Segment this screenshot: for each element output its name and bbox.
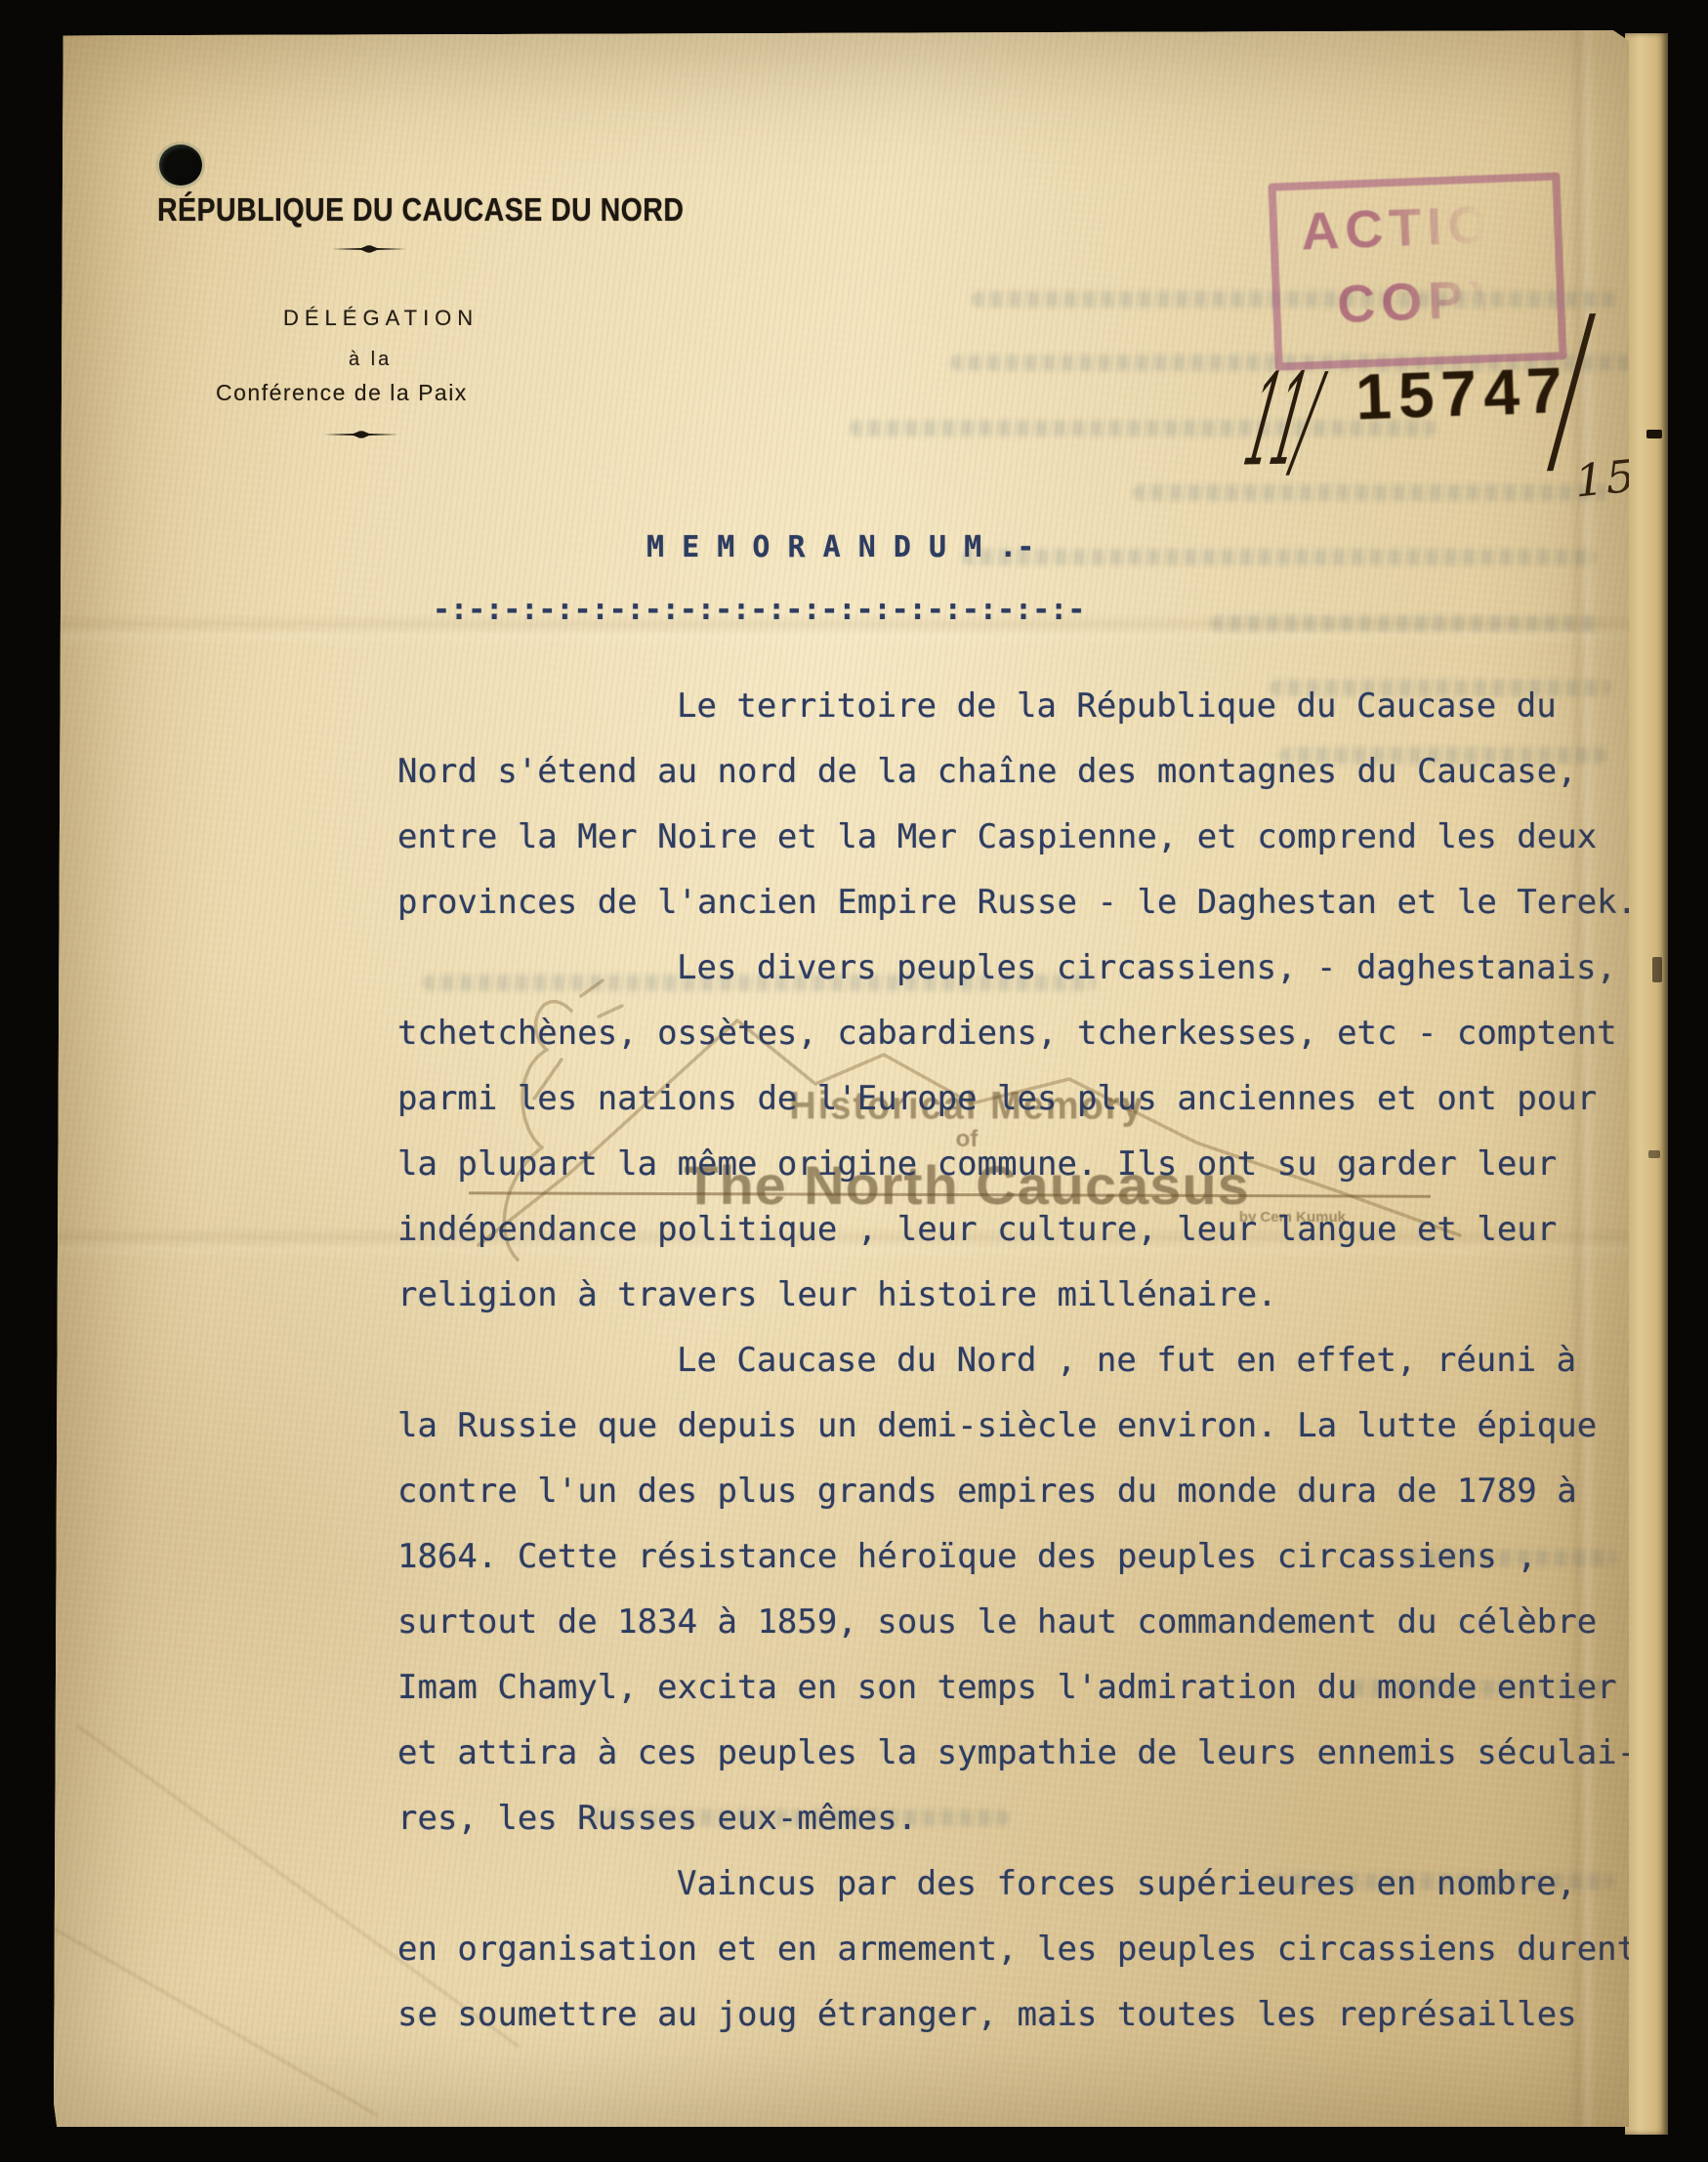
memo-line: entre la Mer Noire et la Mer Caspienne, … — [397, 805, 1629, 870]
letterhead-conference: Conférence de la Paix — [216, 380, 468, 406]
memo-line: res, les Russes eux-mêmes. — [397, 1786, 1629, 1851]
memorandum-title: M E M O R A N D U M .- — [646, 530, 1034, 564]
memo-line: parmi les nations de l'Europe les plus a… — [397, 1066, 1629, 1132]
registry-number-block: 11/ 15747 / 1544 — [1265, 324, 1629, 566]
letterhead-organization: RÉPUBLIQUE DU CAUCASE DU NORD — [157, 191, 684, 229]
scanned-document-photo: Historical Memory of The North Caucasus … — [0, 0, 1708, 2162]
memo-line: Le Caucase du Nord , ne fut en effet, ré… — [397, 1328, 1629, 1393]
memo-line: 1864. Cette résistance héroïque des peup… — [397, 1524, 1629, 1590]
memo-line: religion à travers leur histoire milléna… — [397, 1263, 1629, 1328]
memorandum-body: Le territoire de la République du Caucas… — [397, 674, 1629, 2048]
edge-mark — [1652, 957, 1662, 982]
title-separator: -:-:-:-:-:-:-:-:-:-:-:-:-:-:-:-:-:-:- — [433, 593, 1085, 627]
memo-line: indépendance politique , leur culture, l… — [397, 1197, 1629, 1263]
paper-crease — [54, 1909, 379, 2117]
bleed-through-text — [1211, 615, 1602, 632]
stamped-registry-number: 15747 — [1354, 353, 1570, 435]
edge-mark — [1646, 430, 1662, 438]
memo-line: Nord s'étend au nord de la chaîne des mo… — [397, 739, 1629, 805]
memo-line: contre l'un des plus grands empires du m… — [397, 1459, 1629, 1524]
memo-line: Vaincus par des forces supérieures en no… — [397, 1851, 1629, 1917]
memo-line: en organisation et en armement, les peup… — [397, 1917, 1629, 1982]
letterhead-ornament — [330, 242, 408, 256]
memo-line: Le territoire de la République du Caucas… — [397, 674, 1629, 739]
memo-line: se soumettre au joug étranger, mais tout… — [397, 1982, 1629, 2048]
memorandum-page: Historical Memory of The North Caucasus … — [54, 29, 1629, 2127]
memo-line: provinces de l'ancien Empire Russe - le … — [397, 870, 1629, 935]
handwritten-prefix: 11/ — [1229, 347, 1332, 495]
handwritten-secondary-number: 1544 — [1571, 442, 1629, 508]
letterhead-delegation: DÉLÉGATION — [283, 306, 479, 331]
memo-line: Les divers peuples circassiens, - daghes… — [397, 935, 1629, 1001]
edge-mark — [1648, 1150, 1660, 1158]
letterhead-a-la: à la — [349, 349, 392, 371]
memo-line: et attira à ces peuples la sympathie de … — [397, 1721, 1629, 1786]
memo-line: surtout de 1834 à 1859, sous le haut com… — [397, 1590, 1629, 1655]
memo-line: tchetchènes, ossètes, cabardiens, tcherk… — [397, 1001, 1629, 1066]
page-edge-strip — [1625, 33, 1668, 2135]
memo-line: la Russie que depuis un demi-siècle envi… — [397, 1393, 1629, 1459]
stamp-word-copy: COPY — [1336, 268, 1511, 335]
memo-line: Imam Chamyl, excita en son temps l'admir… — [397, 1655, 1629, 1721]
letterhead-ornament — [322, 428, 400, 441]
punch-hole — [159, 145, 202, 186]
stamp-word-action: ACTION — [1300, 192, 1539, 262]
memo-line: la plupart la même origine commune. Ils … — [397, 1132, 1629, 1197]
